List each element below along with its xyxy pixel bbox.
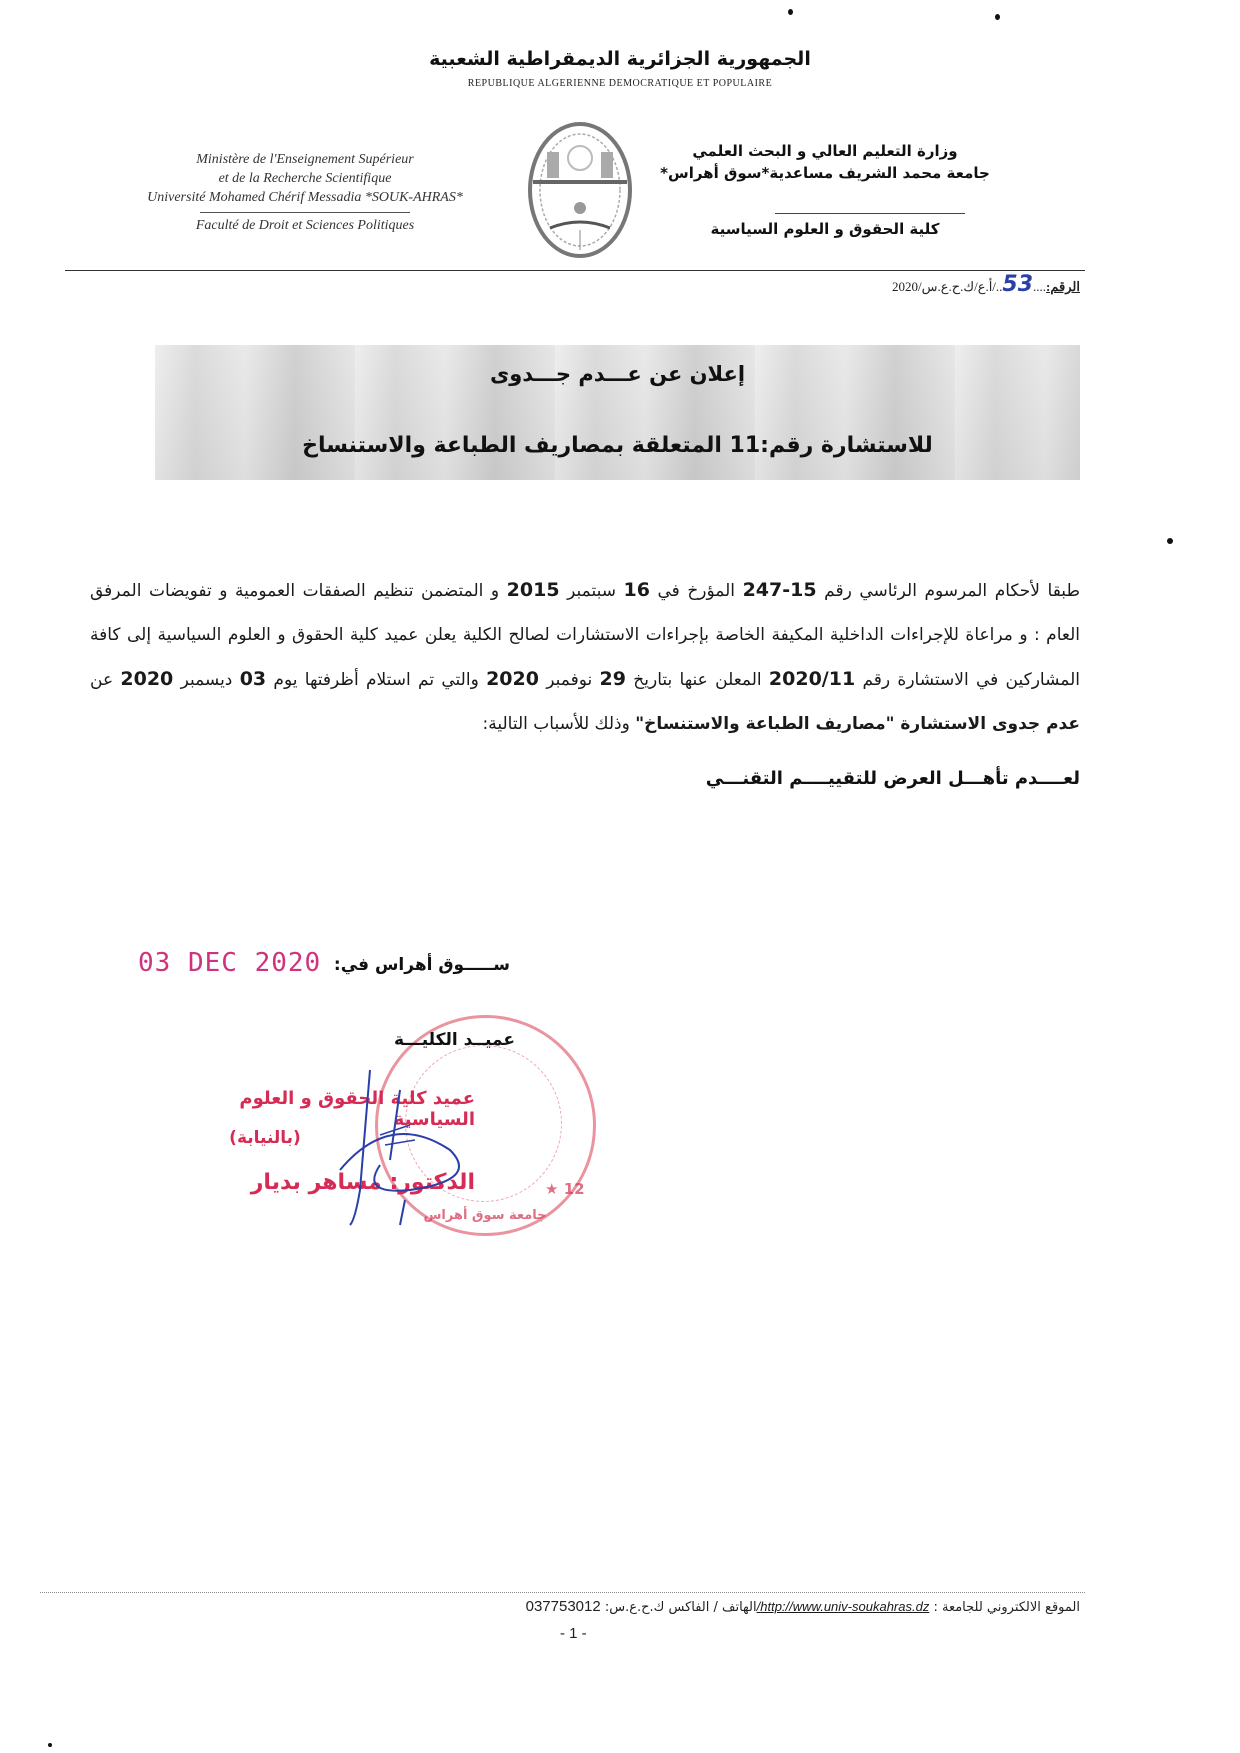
- seal-number: ★ 12: [545, 1180, 585, 1198]
- dean-stamp-acting: (بالنيابة): [200, 1128, 330, 1148]
- receipt-day: 03: [240, 668, 266, 690]
- footer-rule: [40, 1592, 1085, 1593]
- body-text: وذلك للأسباب التالية:: [483, 714, 636, 734]
- website-label: الموقع الالكتروني للجامعة :: [929, 1600, 1080, 1615]
- ministry-line: et de la Recherche Scientifique: [130, 169, 480, 188]
- university-line: Université Mohamed Chérif Messadia *SOUK…: [130, 188, 480, 207]
- body-text: سبتمبر: [560, 581, 624, 601]
- faculty-name-french: Faculté de Droit et Sciences Politiques: [130, 218, 480, 234]
- body-text: طبقا لأحكام المرسوم الرئاسي رقم: [817, 581, 1080, 601]
- ministry-line: Ministère de l'Enseignement Supérieur: [130, 150, 480, 169]
- ministry-block-french: Ministère de l'Enseignement Supérieur et…: [130, 150, 480, 207]
- unfruitful-phrase: عدم جدوى الاستشارة "مصاريف الطباعة والاس…: [635, 714, 1080, 734]
- website-link[interactable]: http://www.univ-soukahras.dz/: [757, 1599, 930, 1614]
- receipt-year: 2020: [120, 668, 173, 690]
- announcement-body: طبقا لأحكام المرسوم الرئاسي رقم 15-247 ا…: [90, 568, 1080, 746]
- decree-day: 16: [624, 579, 650, 601]
- seal-number-value: 12: [564, 1180, 585, 1198]
- subtitle-suffix: المتعلقة بمصاريف الطباعة والاستنساخ: [302, 433, 729, 458]
- header-rule: [65, 270, 1085, 271]
- ministry-line: وزارة التعليم العالي و البحث العلمي: [645, 140, 1005, 162]
- republic-name-french: REPUBLIQUE ALGERIENNE DEMOCRATIQUE ET PO…: [0, 78, 1240, 89]
- body-text: المؤرخ في: [650, 581, 743, 601]
- reference-dots: ....: [1033, 279, 1046, 294]
- announcement-subtitle: للاستشارة رقم:11 المتعلقة بمصاريف الطباع…: [155, 433, 1080, 458]
- phone-number: 037753012: [526, 1598, 601, 1615]
- phone-label: الهاتف / الفاكس ك.ح.ع.س:: [601, 1600, 757, 1615]
- footer-contact: الموقع الالكتروني للجامعة : http://www.u…: [380, 1598, 1080, 1615]
- university-line: جامعة محمد الشريف مساعدية*سوق أهراس*: [645, 162, 1005, 184]
- ministry-block-arabic: وزارة التعليم العالي و البحث العلمي جامع…: [645, 140, 1005, 184]
- scan-speck: [48, 1743, 52, 1747]
- star-icon: ★: [545, 1180, 558, 1198]
- dean-title: عميــد الكليـــة: [340, 1030, 515, 1050]
- divider: [200, 212, 410, 213]
- consultation-ref: 2020/11: [769, 668, 855, 690]
- announce-day: 29: [600, 668, 626, 690]
- page-number: - 1 -: [560, 1625, 587, 1642]
- reference-label: الرقم:: [1046, 279, 1080, 294]
- decree-year: 2015: [507, 579, 560, 601]
- scan-speck: [995, 14, 1000, 20]
- reason-text: لعــــدم تأهـــل العرض للتقييــــم التقن…: [580, 768, 1080, 789]
- reference-handwritten-number: 53: [1002, 272, 1033, 297]
- scan-speck: [788, 9, 793, 15]
- body-text: المعلن عنها بتاريخ: [626, 670, 769, 690]
- divider: [775, 213, 965, 214]
- body-text: عن: [90, 670, 120, 690]
- handwritten-signature: [330, 1050, 490, 1230]
- university-seal-icon: [525, 120, 635, 260]
- faculty-name-arabic: كلية الحقوق و العلوم السياسية: [645, 220, 1005, 238]
- reference-number: الرقم:....53../أ.ع/ك.ح.ع.س/2020: [830, 272, 1080, 297]
- consultation-number: 11: [730, 433, 761, 458]
- date-stamp: 03 DEC 2020: [138, 948, 321, 978]
- announce-year: 2020: [486, 668, 539, 690]
- reference-suffix: /أ.ع/ك.ح.ع.س/2020: [892, 279, 996, 294]
- decree-number: 15-247: [743, 579, 817, 601]
- body-text: ديسمبر: [173, 670, 239, 690]
- scan-speck: [1167, 538, 1173, 544]
- announcement-title: إعلان عن عـــدم جـــدوى: [155, 362, 1080, 386]
- body-text: نوفمبر: [539, 670, 600, 690]
- republic-name-arabic: الجمهورية الجزائرية الديمقراطية الشعبية: [0, 48, 1240, 70]
- subtitle-prefix: للاستشارة رقم:: [760, 433, 933, 458]
- body-text: والتي تم استلام أظرفتها يوم: [266, 670, 486, 690]
